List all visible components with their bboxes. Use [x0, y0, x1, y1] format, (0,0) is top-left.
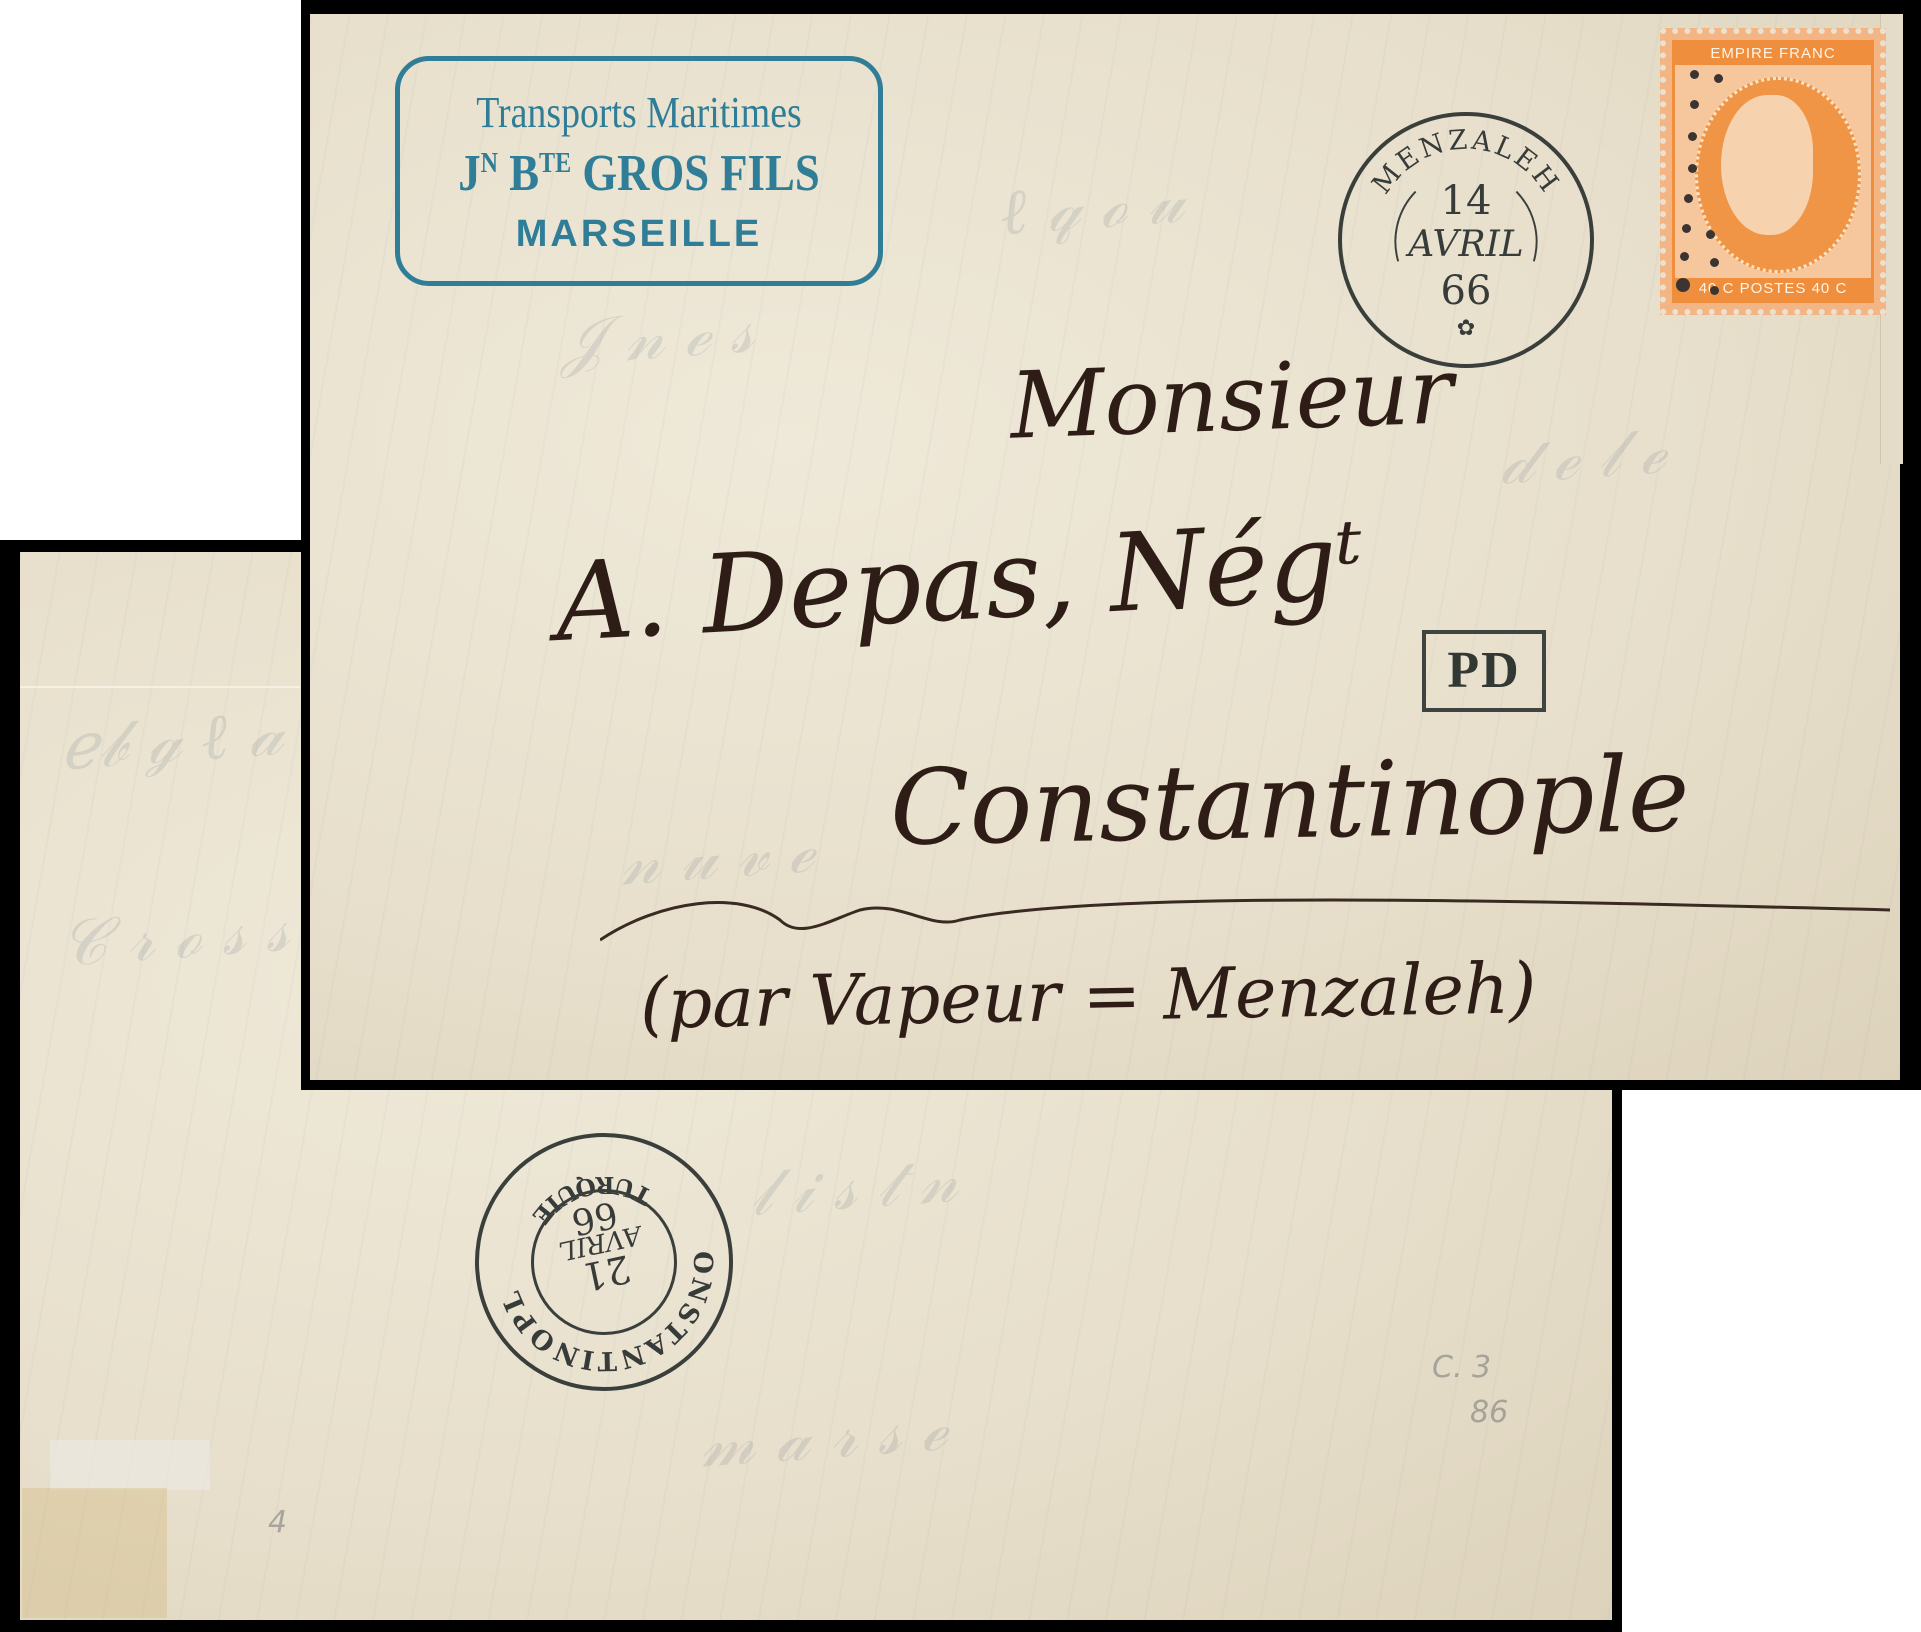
fold-line [20, 686, 300, 688]
cancel-dot [1688, 132, 1697, 141]
postmark-day: 14 [1342, 178, 1590, 224]
stamp-design: EMPIRE FRANC 40 C POSTES 40 C [1672, 40, 1874, 303]
address-salutation: Monsieur [1008, 337, 1455, 459]
menzaleh-postmark: MENZALEH 14 AVRIL 66 ✿ [1338, 112, 1594, 368]
pencil-note: 4 [268, 1505, 287, 1540]
pd-paid-mark: PD [1422, 630, 1546, 712]
pencil-note: 86 [1470, 1395, 1508, 1430]
postmark-ornament: ✿ [1342, 316, 1590, 341]
cachet-line-1: Transports Maritimes [433, 87, 844, 138]
cancel-dot [1684, 194, 1693, 203]
cachet-line-2: JN BTE GROS FILS [433, 144, 844, 203]
toning-stain [22, 1488, 167, 1618]
cachet-line-3: MARSEILLE [400, 213, 878, 256]
sender-cachet: Transports Maritimes JN BTE GROS FILS MA… [395, 56, 883, 286]
address-routing: (par Vapeur = Menzaleh) [639, 947, 1537, 1045]
postage-stamp: EMPIRE FRANC 40 C POSTES 40 C [1660, 28, 1886, 315]
cancel-dot [1710, 286, 1719, 295]
address-city: Constantinople [889, 733, 1690, 869]
cancel-dot [1682, 224, 1691, 233]
portrait-icon [1721, 95, 1813, 235]
postmark-year: 66 [1342, 268, 1590, 314]
show-through-script: 𝓁 𝒾 𝓈 𝓉 𝓃 [748, 1143, 961, 1231]
underline-flourish [600, 880, 1900, 960]
pencil-note: C. 3 [1432, 1350, 1491, 1385]
show-through-script: 𝒥 𝓃 ℯ 𝓈 [558, 293, 756, 380]
stamp-top-legend: EMPIRE FRANC [1675, 43, 1871, 65]
hinge-remnant [50, 1440, 210, 1490]
cancel-dot [1690, 70, 1699, 79]
cancel-dot [1680, 252, 1689, 261]
cancel-dot [1714, 74, 1723, 83]
show-through-script: 𝒹 ℯ 𝓁 ℯ [1498, 414, 1667, 499]
postmark-month: AVRIL [1342, 224, 1590, 265]
cancel-dot [1706, 230, 1715, 239]
cancel-dot [1688, 164, 1697, 173]
cancel-dot [1710, 258, 1719, 267]
cancel-dot [1676, 278, 1690, 292]
show-through-script: ℓ 𝓆 ℴ 𝓊 [998, 164, 1186, 251]
cancel-dot [1690, 100, 1699, 109]
stamp-bottom-legend: 40 C POSTES 40 C [1675, 278, 1871, 300]
